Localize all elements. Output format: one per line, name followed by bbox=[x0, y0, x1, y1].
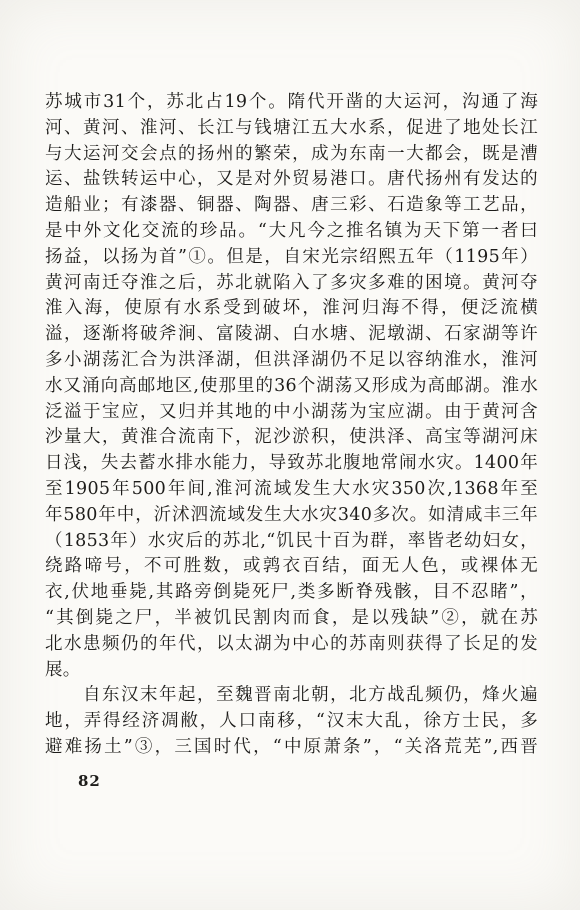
text-line: 至1905年500年间,淮河流域发生大水灾350次,1368年至1948 bbox=[45, 477, 538, 503]
text-line: 运、盐铁转运中心，又是对外贸易港口。唐代扬州有发达的 bbox=[45, 167, 538, 193]
text-line: 溢，逐渐将破斧涧、富陵湖、白水塘、泥墩湖、石家湖等许 bbox=[45, 322, 538, 348]
text-line: 年580年中，沂沭泗流域发生大水灾340多次。如清咸丰三年 bbox=[45, 503, 538, 529]
text-line: 河、黄河、淮河、长江与钱塘江五大水系，促进了地处长江 bbox=[45, 116, 538, 142]
text-line: 泛溢于宝应，又归并其地的中小湖荡为宝应湖。由于黄河含 bbox=[45, 400, 538, 426]
body-text: 苏城市31个，苏北占19个。隋代开凿的大运河，沟通了海河、黄河、淮河、长江与钱塘… bbox=[45, 90, 538, 761]
text-line: 避难扬土”③，三国时代，“中原萧条”，“关洛荒芜”,西晋 bbox=[45, 735, 538, 761]
text-line: 北水患频仍的年代，以太湖为中心的苏南则获得了长足的发 bbox=[45, 632, 538, 658]
text-line: 地，弄得经济凋敝，人口南移，“汉末大乱，徐方士民，多 bbox=[45, 709, 538, 735]
text-line: 衣,伏地垂毙,其路旁倒毙死尸,类多断脊残骸，目不忍睹”， bbox=[45, 580, 538, 606]
text-line: 多小湖荡汇合为洪泽湖，但洪泽湖仍不足以容纳淮水，淮河 bbox=[45, 348, 538, 374]
text-line: 水又涌向高邮地区,使那里的36个湖荡又形成为高邮湖。淮水 bbox=[45, 374, 538, 400]
text-line: 与大运河交会点的扬州的繁荣，成为东南一大都会，既是漕 bbox=[45, 142, 538, 168]
text-line: 黄河南迁夺淮之后，苏北就陷入了多灾多难的困境。黄河夺 bbox=[45, 271, 538, 297]
text-line: 苏城市31个，苏北占19个。隋代开凿的大运河，沟通了海 bbox=[45, 90, 538, 116]
book-page-scan: 苏城市31个，苏北占19个。隋代开凿的大运河，沟通了海河、黄河、淮河、长江与钱塘… bbox=[0, 0, 580, 910]
text-line: （1853年）水灾后的苏北,“饥民十百为群，率皆老幼妇女， bbox=[45, 529, 538, 555]
text-line: 淮入海，使原有水系受到破坏，淮河归海不得，便泛流横 bbox=[45, 296, 538, 322]
text-line: 是中外文化交流的珍品。“大凡今之推名镇为天下第一者曰 bbox=[45, 219, 538, 245]
text-line: 日浅，失去蓄水排水能力，导致苏北腹地常闹水灾。1400年 bbox=[45, 451, 538, 477]
text-line: 造船业；有漆器、铜器、陶器、唐三彩、石造象等工艺品， bbox=[45, 193, 538, 219]
page-number: 82 bbox=[78, 772, 101, 790]
text-line: “其倒毙之尸，半被饥民割肉而食，是以残缺”②，就在苏 bbox=[45, 606, 538, 632]
text-line: 展。 bbox=[45, 658, 538, 684]
text-line: 沙量大，黄淮合流南下，泥沙淤积，使洪泽、高宝等湖河床 bbox=[45, 425, 538, 451]
text-line: 绕路啼号，不可胜数，或鹑衣百结，面无人色，或裸体无 bbox=[45, 554, 538, 580]
text-line: 自东汉末年起，至魏晋南北朝，北方战乱频仍，烽火遍 bbox=[45, 683, 538, 709]
text-line: 扬益，以扬为首”①。但是，自宋光宗绍熙五年（1195年） bbox=[45, 245, 538, 271]
